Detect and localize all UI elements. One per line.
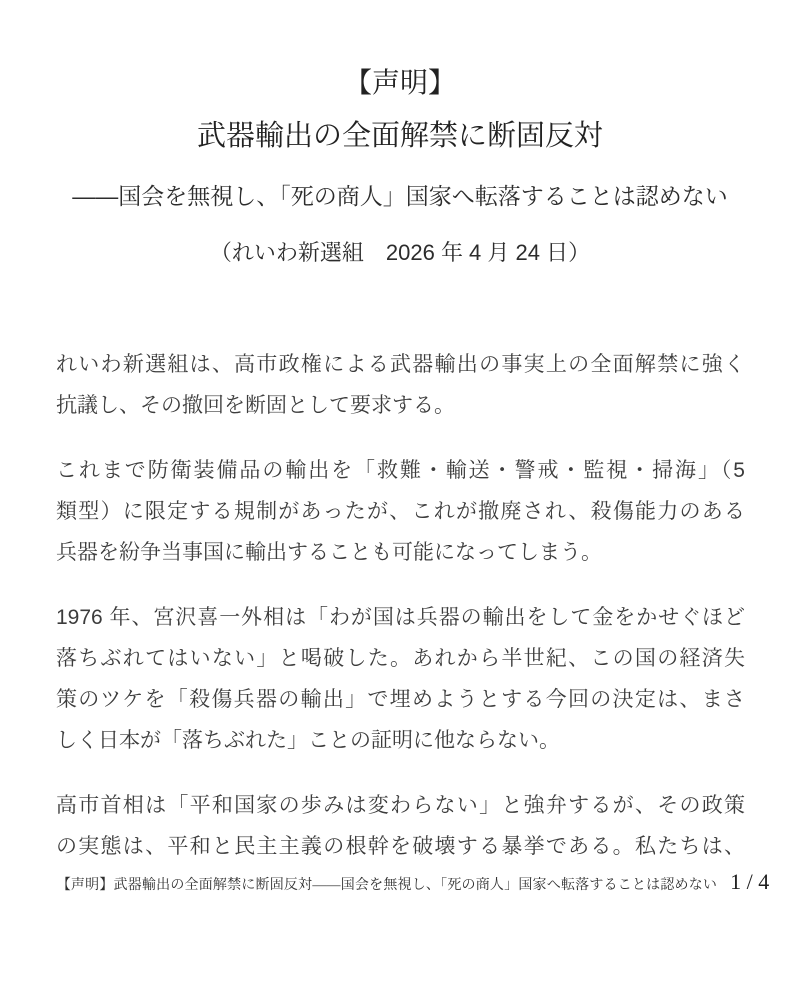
body-line: 策のツケを「殺傷兵器の輸出」で埋めようとする今回の決定は、まさ — [56, 679, 745, 720]
statement-byline: （れいわ新選組 2026 年 4 月 24 日） — [0, 239, 800, 266]
body-line: 類型）に限定する規制があったが、これが撤廃され、殺傷能力のある — [56, 491, 745, 532]
paragraph: 高市首相は「平和国家の歩みは変わらない」と強弁するが、その政策 の実態は、平和と… — [56, 785, 745, 867]
body-line: 1976 年、宮沢喜一外相は「わが国は兵器の輸出をして金をかせぐほど — [56, 597, 745, 638]
statement-header: 【声明】 武器輸出の全面解禁に断固反対 ――国会を無視し、「死の商人」国家へ転落… — [0, 0, 800, 266]
body-line: 抗議し、その撤回を断固として要求する。 — [56, 385, 745, 426]
statement-body: れいわ新選組は、高市政権による武器輸出の事実上の全面解禁に強く 抗議し、その撤回… — [56, 344, 745, 867]
body-line: れいわ新選組は、高市政権による武器輸出の事実上の全面解禁に強く — [56, 344, 745, 385]
statement-label: 【声明】 — [0, 67, 800, 99]
footer-document-title: 【声明】武器輸出の全面解禁に断固反対――国会を無視し、「死の商人」国家へ転落する… — [57, 874, 717, 894]
body-line: 兵器を紛争当事国に輸出することも可能になってしまう。 — [56, 532, 745, 573]
page-footer: 【声明】武器輸出の全面解禁に断固反対――国会を無視し、「死の商人」国家へ転落する… — [26, 869, 800, 895]
paragraph: これまで防衛装備品の輸出を「救難・輸送・警戒・監視・掃海」（5 類型）に限定する… — [56, 450, 745, 573]
body-line: 落ちぶれてはいない」と喝破した。あれから半世紀、この国の経済失 — [56, 638, 745, 679]
document-page: 【声明】 武器輸出の全面解禁に断固反対 ――国会を無視し、「死の商人」国家へ転落… — [0, 0, 800, 1002]
statement-subtitle: ――国会を無視し、「死の商人」国家へ転落することは認めない — [0, 182, 800, 210]
paragraph: 1976 年、宮沢喜一外相は「わが国は兵器の輸出をして金をかせぐほど 落ちぶれて… — [56, 597, 745, 761]
body-line: 高市首相は「平和国家の歩みは変わらない」と強弁するが、その政策 — [56, 785, 745, 826]
body-line: これまで防衛装備品の輸出を「救難・輸送・警戒・監視・掃海」（5 — [56, 450, 745, 491]
paragraph: れいわ新選組は、高市政権による武器輸出の事実上の全面解禁に強く 抗議し、その撤回… — [56, 344, 745, 426]
page-number: 1 / 4 — [730, 869, 769, 895]
body-line: しく日本が「落ちぶれた」ことの証明に他ならない。 — [56, 720, 745, 761]
statement-title: 武器輸出の全面解禁に断固反対 — [0, 119, 800, 153]
body-line: の実態は、平和と民主主義の根幹を破壊する暴挙である。私たちは、 — [56, 826, 745, 867]
